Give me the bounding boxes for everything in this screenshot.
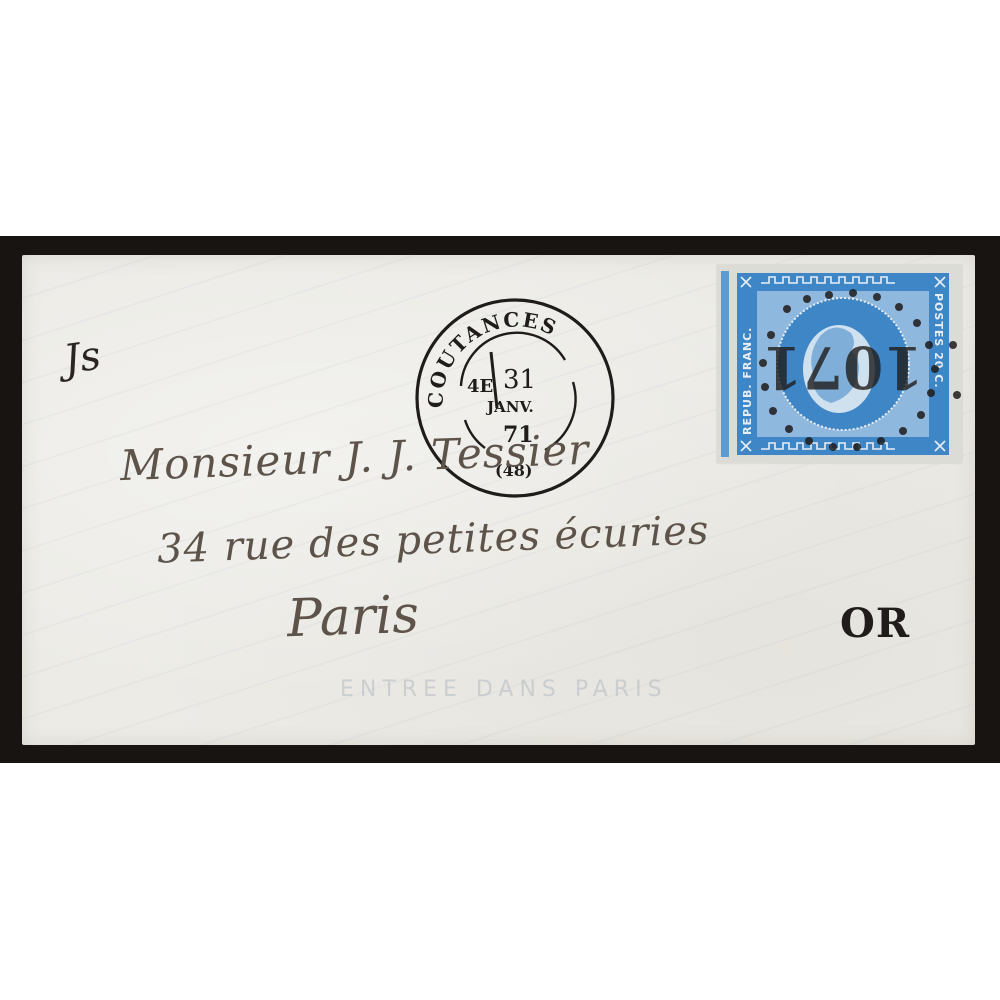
postmark-time: 4E [467, 376, 493, 397]
docket-mark: Js [61, 333, 104, 384]
address-street: 34 rue des petites écuries [156, 507, 710, 572]
postmark-day: 31 [503, 365, 536, 395]
stamp-right-label: POSTES 20 C. [932, 293, 945, 389]
numeral-cancel: 1071 [762, 333, 923, 401]
postal-cover: ENTREE DANS PARIS Js COUTANCES 4E 31 JAN… [22, 255, 975, 745]
show-through-text: ENTREE DANS PARIS [340, 677, 668, 702]
rural-origin-mark: OR [840, 600, 910, 647]
address-city: Paris [286, 585, 420, 650]
stamp-left-label: REPUB. FRANC. [741, 327, 754, 435]
postmark-month: JANV. [485, 398, 534, 416]
ceres-20c-stamp: REPUB. FRANC. POSTES 20 C. 1071 [717, 265, 962, 463]
